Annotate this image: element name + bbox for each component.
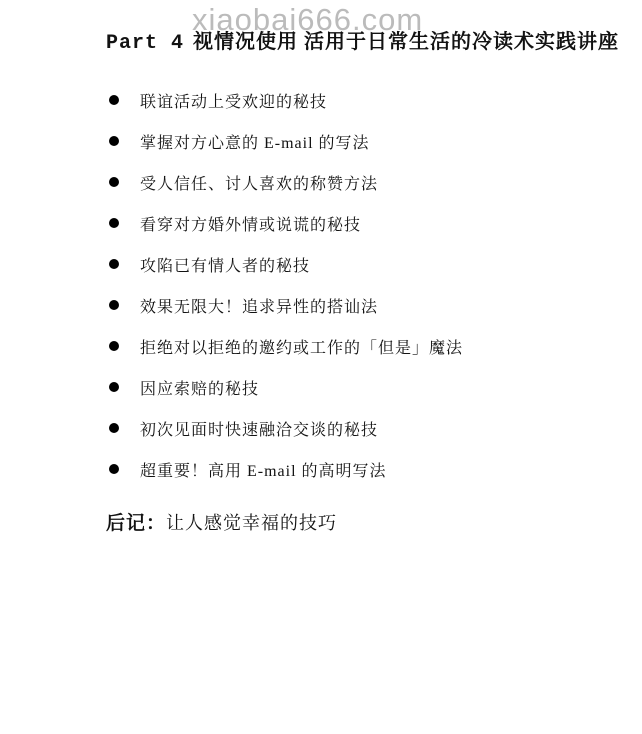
list-item: 拒绝对以拒绝的邀约或工作的「但是」魔法: [109, 335, 463, 357]
bullet-icon: [109, 259, 119, 269]
bullet-icon: [109, 136, 119, 146]
list-item: 联谊活动上受欢迎的秘技: [109, 89, 463, 111]
bullet-icon: [109, 382, 119, 392]
list-item-label: 联谊活动上受欢迎的秘技: [140, 89, 327, 112]
bullet-icon: [109, 218, 119, 228]
bullet-icon: [109, 95, 119, 105]
afterword-line: 后记：让人感觉幸福的技巧: [106, 510, 337, 537]
page-title-part-number: Part 4: [106, 32, 184, 55]
bullet-icon: [109, 341, 119, 351]
list-item: 攻陷已有情人者的秘技: [109, 253, 463, 275]
list-item-label: 初次见面时快速融洽交谈的秘技: [140, 417, 378, 440]
page-title: Part 4视情况使用 活用于日常生活的冷读术实践讲座: [106, 29, 619, 57]
afterword-label: 后记：: [106, 513, 166, 534]
list-item: 看穿对方婚外情或说谎的秘技: [109, 212, 463, 234]
list-item: 受人信任、讨人喜欢的称赞方法: [109, 171, 463, 193]
list-item: 因应索赔的秘技: [109, 376, 463, 398]
list-item-label: 效果无限大！追求异性的搭讪法: [140, 294, 378, 317]
list-item-label: 超重要！高用 E-mail 的高明写法: [140, 458, 387, 481]
list-item: 超重要！高用 E-mail 的高明写法: [109, 458, 463, 480]
bullet-icon: [109, 464, 119, 474]
document-page: xiaobai666.com Part 4视情况使用 活用于日常生活的冷读术实践…: [0, 0, 642, 734]
bullet-icon: [109, 423, 119, 433]
list-item-label: 拒绝对以拒绝的邀约或工作的「但是」魔法: [140, 335, 463, 358]
list-item-label: 攻陷已有情人者的秘技: [140, 253, 310, 276]
page-title-text: 视情况使用 活用于日常生活的冷读术实践讲座: [193, 31, 619, 53]
list-item-label: 掌握对方心意的 E-mail 的写法: [140, 130, 370, 153]
toc-list: 联谊活动上受欢迎的秘技 掌握对方心意的 E-mail 的写法 受人信任、讨人喜欢…: [109, 89, 463, 499]
list-item: 效果无限大！追求异性的搭讪法: [109, 294, 463, 316]
list-item: 初次见面时快速融洽交谈的秘技: [109, 417, 463, 439]
bullet-icon: [109, 300, 119, 310]
list-item: 掌握对方心意的 E-mail 的写法: [109, 130, 463, 152]
list-item-label: 因应索赔的秘技: [140, 376, 259, 399]
list-item-label: 看穿对方婚外情或说谎的秘技: [140, 212, 361, 235]
list-item-label: 受人信任、讨人喜欢的称赞方法: [140, 171, 378, 194]
afterword-text: 让人感觉幸福的技巧: [166, 513, 337, 533]
bullet-icon: [109, 177, 119, 187]
